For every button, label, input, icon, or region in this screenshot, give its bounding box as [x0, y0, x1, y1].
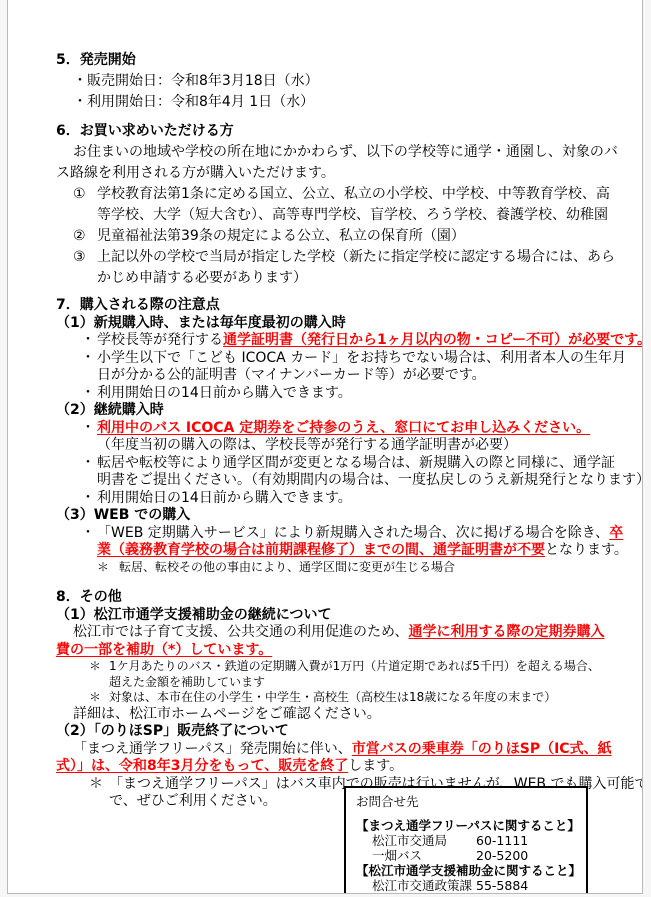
text-line: 明書をご提出ください。（有効期間内の場合は、一度払戻しのうえ新規発行となります） — [56, 472, 622, 490]
text-segment: 学校教育法第1条に定める国立、公立、私立の小学校、中学校、中等教育学校、高 — [97, 186, 610, 202]
text-line: 業（義務教育学校の場合は前期課程修了）までの間、通学証明書が不要となります。 — [56, 542, 622, 560]
text-segment: 転居や転校等により通学区間が変更となる場合は、新規購入の際と同様に、通学証 — [97, 455, 615, 471]
text-line: お住まいの地域や学校の所在地にかかわらず、以下の学校等に通学・通園し、対象のバ — [56, 142, 622, 163]
numbered-item-2: ②児童福祉法第39条の規定による公立、私立の保育所（園） — [56, 226, 622, 247]
bullet-item: ・利用中のバス ICOCA 定期券をご持参のうえ、窓口にてお申し込みください。 — [56, 420, 622, 438]
section-gap — [56, 575, 622, 589]
list-marker: ・ — [81, 385, 97, 403]
bullet-item: ・利用開始日の14日前から購入できます。 — [56, 490, 622, 508]
section-gap — [56, 289, 622, 297]
text-line: 松江市では子育て支援、公共交通の利用促進のため、通学に利用する際の定期券購入 — [56, 624, 622, 642]
list-marker: ＊ — [89, 776, 109, 794]
highlighted-text: 通学に利用する際の定期券購入 — [408, 624, 604, 640]
contact-phone: 20-5200 — [476, 848, 528, 863]
section-7-heading: 7．購入される際の注意点 — [56, 297, 622, 315]
contact-phone: 60-1111 — [476, 833, 528, 848]
contact-phone: 55-5884 — [476, 878, 528, 893]
text-segment: （2）「のりほSP」販売終了について — [56, 723, 289, 739]
contact-box-title: お問合せ先 — [356, 794, 578, 809]
text-segment: となります。 — [545, 542, 628, 558]
text-segment: 超えた金額を補助しています — [109, 675, 265, 689]
list-marker: ・ — [81, 350, 97, 368]
bullet-item: ・学校長等が発行する通学証明書（発行日から1ヶ月以内の物・コピー不可）が必要です… — [56, 332, 622, 350]
contact-box-body: 【まつえ通学フリーパスに関すること】松江市交通局60-1111一畑バス20-52… — [356, 818, 578, 893]
use-start-date-line: ・利用開始日：令和8年4月 1日（水） — [56, 92, 622, 113]
section-gap — [56, 113, 622, 121]
text-segment: （3）WEB での購入 — [56, 507, 190, 523]
contact-name: 松江市交通政策課 — [372, 878, 476, 893]
list-marker: ・ — [81, 420, 97, 438]
text-segment: 転居、転校その他の事由により、通学区間に変更が生じる場合 — [119, 560, 455, 574]
numbered-item-3: ③上記以外の学校で当局が指定した学校（新たに指定学校に認定する場合には、あら — [56, 247, 622, 268]
sale-start-date-line: ・販売開始日：令和8年3月18日（水） — [56, 71, 622, 92]
list-marker: ・ — [81, 455, 97, 473]
asterisk-note: ＊1ケ月あたりのバス・鉄道の定期購入費が1万円（片道定期であれば5千円）を超える… — [56, 659, 622, 675]
highlighted-text: 業（義務教育学校の場合は前期課程修了）までの間、通学証明書が不要 — [97, 542, 545, 558]
text-segment: 7．購入される際の注意点 — [56, 297, 220, 313]
text-segment: （1）松江市通学支援補助金の継続について — [56, 607, 331, 623]
subsection-8-2-heading: （2）「のりほSP」販売終了について — [56, 723, 622, 741]
text-line: 費の一部を補助（*）しています。 — [56, 642, 622, 660]
text-segment: 上記以外の学校で当局が指定した学校（新たに指定学校に認定する場合には、あら — [97, 249, 615, 265]
bullet-item: ・「WEB 定期購入サービス」により新規購入された場合、次に掲げる場合を除き、卒 — [56, 525, 622, 543]
text-segment: 詳細は、松江市ホームページをご確認ください。 — [73, 706, 381, 722]
list-marker: ① — [73, 184, 97, 205]
text-line: かじめ申請する必要があります） — [56, 268, 622, 289]
text-segment: 5．発売開始 — [56, 52, 136, 68]
text-line: 詳細は、松江市ホームページをご確認ください。 — [56, 706, 622, 724]
text-segment: 利用開始日の14日前から購入できます。 — [97, 385, 352, 401]
contact-row: 松江市交通政策課55-5884 — [356, 878, 578, 893]
bullet-item: ・利用開始日の14日前から購入できます。 — [56, 385, 622, 403]
text-segment: 6．お買い求めいただける方 — [56, 123, 234, 139]
text-line: 式）」は、令和8年3月分をもって、販売を終了します。 — [56, 758, 622, 776]
section-5-heading: 5．発売開始 — [56, 50, 622, 71]
highlighted-text: 市営バスの乗車券「のりほSP（IC式、紙 — [352, 741, 612, 757]
highlighted-text: 式）」は、令和8年3月分をもって、販売を終了 — [56, 758, 348, 774]
text-segment: ス路線を利用される方が購入いただけます。 — [56, 165, 335, 181]
contact-name: 松江市交通局 — [372, 833, 476, 848]
contact-box: お問合せ先 【まつえ通学フリーパスに関すること】松江市交通局60-1111一畑バ… — [344, 786, 588, 894]
contact-group-header: 【まつえ通学フリーパスに関すること】 — [356, 818, 578, 833]
text-segment: 松江市では子育て支援、公共交通の利用促進のため、 — [73, 624, 408, 640]
list-marker: ＊ — [97, 560, 119, 576]
text-segment: 対象は、本市在住の小学生・中学生・高校生（高校生は18歳になる年度の末まで） — [109, 690, 556, 704]
text-line: ス路線を利用される方が購入いただけます。 — [56, 163, 622, 184]
list-marker: ＊ — [89, 690, 109, 706]
text-line: 等学校、大学（短大含む）、高等専門学校、盲学校、ろう学校、養護学校、幼稚園 — [56, 205, 622, 226]
text-segment: 1ケ月あたりのバス・鉄道の定期購入費が1万円（片道定期であれば5千円）を超える場… — [109, 659, 600, 673]
text-segment: 「WEB 定期購入サービス」により新規購入された場合、次に掲げる場合を除き、 — [97, 525, 609, 541]
asterisk-note: ＊対象は、本市在住の小学生・中学生・高校生（高校生は18歳になる年度の末まで） — [56, 690, 622, 706]
subsection-8-1-heading: （1）松江市通学支援補助金の継続について — [56, 607, 622, 625]
contact-name: 一畑バス — [372, 848, 476, 863]
text-segment: かじめ申請する必要があります） — [97, 270, 307, 286]
list-marker: ③ — [73, 247, 97, 268]
list-marker: ・ — [81, 525, 97, 543]
list-marker: ② — [73, 226, 97, 247]
list-marker: ・ — [81, 490, 97, 508]
list-marker: ・ — [81, 332, 97, 350]
contact-group-header: 【松江市通学支援補助金に関すること】 — [356, 863, 578, 878]
document-page: 5．発売開始・販売開始日：令和8年3月18日（水）・利用開始日：令和8年4月 1… — [7, 0, 643, 894]
text-segment: 利用開始日の14日前から購入できます。 — [97, 490, 352, 506]
text-segment: 等学校、大学（短大含む）、高等専門学校、盲学校、ろう学校、養護学校、幼稚園 — [97, 207, 608, 223]
text-line: 日が分かる公的証明書（マイナンバーカード等）が必要です。 — [56, 367, 622, 385]
text-segment: で、ぜひご利用ください。 — [109, 793, 277, 809]
subsection-7-1-heading: （1）新規購入時、または毎年度最初の購入時 — [56, 315, 622, 333]
highlighted-text: 費の一部を補助（*）しています。 — [56, 642, 272, 658]
text-segment: 小学生以下で「こども ICOCA カード」をお持ちでない場合は、利用者本人の生年… — [97, 350, 626, 366]
subsection-7-3-heading: （3）WEB での購入 — [56, 507, 622, 525]
contact-row: 一畑バス20-5200 — [356, 848, 578, 863]
section-8-heading: 8．その他 — [56, 589, 622, 607]
subsection-7-2-heading: （2）継続購入時 — [56, 402, 622, 420]
text-segment: 児童福祉法第39条の規定による公立、私立の保育所（園） — [97, 228, 465, 244]
asterisk-note: ＊転居、転校その他の事由により、通学区間に変更が生じる場合 — [56, 560, 622, 576]
highlighted-text: 通学証明書（発行日から1ヶ月以内の物・コピー不可）が必要です。 — [223, 332, 643, 348]
text-segment: 日が分かる公的証明書（マイナンバーカード等）が必要です。 — [97, 367, 486, 383]
text-line: 超えた金額を補助しています — [56, 675, 622, 691]
document-content: 5．発売開始・販売開始日：令和8年3月18日（水）・利用開始日：令和8年4月 1… — [56, 50, 622, 811]
contact-row: 松江市交通局60-1111 — [356, 833, 578, 848]
text-segment: 明書をご提出ください。（有効期間内の場合は、一度払戻しのうえ新規発行となります） — [97, 472, 643, 488]
section-6-heading: 6．お買い求めいただける方 — [56, 121, 622, 142]
text-segment: お住まいの地域や学校の所在地にかかわらず、以下の学校等に通学・通園し、対象のバ — [73, 144, 618, 160]
text-segment: します。 — [348, 758, 403, 774]
numbered-item-1: ①学校教育法第1条に定める国立、公立、私立の小学校、中学校、中等教育学校、高 — [56, 184, 622, 205]
text-segment: （年度当初の購入の際は、学校長等が発行する通学証明書が必要） — [97, 437, 517, 453]
text-line: 「まつえ通学フリーパス」発売開始に伴い、市営バスの乗車券「のりほSP（IC式、紙 — [56, 741, 622, 759]
bullet-item: ・転居や転校等により通学区間が変更となる場合は、新規購入の際と同様に、通学証 — [56, 455, 622, 473]
text-segment: ・利用開始日：令和8年4月 1日（水） — [73, 94, 314, 110]
text-segment: （1）新規購入時、または毎年度最初の購入時 — [56, 315, 346, 331]
text-segment: ・販売開始日：令和8年3月18日（水） — [73, 73, 319, 89]
list-marker: ＊ — [89, 659, 109, 675]
text-segment: （2）継続購入時 — [56, 402, 164, 418]
text-line: （年度当初の購入の際は、学校長等が発行する通学証明書が必要） — [56, 437, 622, 455]
text-segment: 「まつえ通学フリーパス」発売開始に伴い、 — [73, 741, 352, 757]
highlighted-text: 利用中のバス ICOCA 定期券をご持参のうえ、窓口にてお申し込みください。 — [97, 420, 590, 436]
bullet-item: ・小学生以下で「こども ICOCA カード」をお持ちでない場合は、利用者本人の生… — [56, 350, 622, 368]
highlighted-text: 卒 — [609, 525, 623, 541]
text-segment: 学校長等が発行する — [97, 332, 223, 348]
text-segment: 8．その他 — [56, 589, 122, 605]
